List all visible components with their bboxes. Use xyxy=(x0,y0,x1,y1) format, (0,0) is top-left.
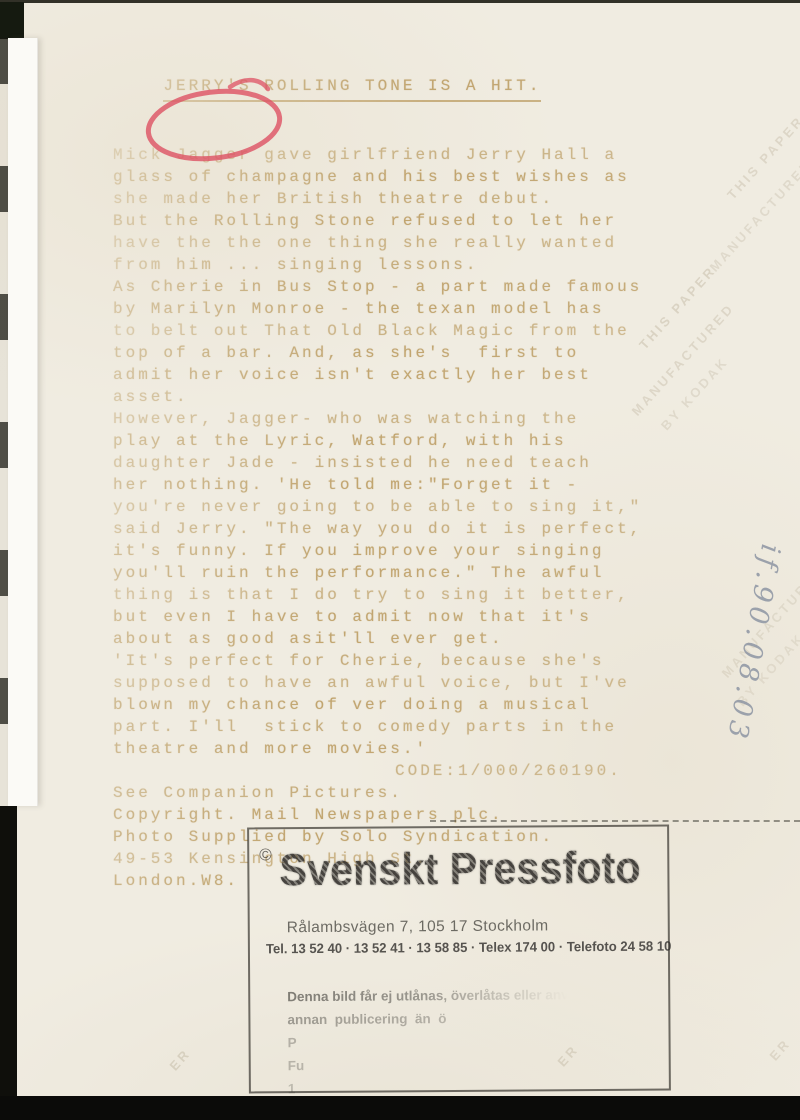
typewritten-text: JERRY'S ROLLING TONE IS A HIT. Mick Jagg… xyxy=(113,56,658,928)
typewritten-line: to belt out That Old Black Magic from th… xyxy=(113,320,658,342)
typewritten-line: but even I have to admit now that it's xyxy=(113,606,658,628)
stamp-restriction-line: Fu xyxy=(288,1052,594,1077)
typewritten-line: she made her British theatre debut. xyxy=(113,188,658,210)
handwritten-reference: if.90.08.03 xyxy=(720,542,786,746)
dashed-rule xyxy=(430,820,800,822)
paper-watermark-text: MANUFACTURED xyxy=(707,156,800,274)
typewritten-lines: Mick Jagger gave girlfriend Jerry Hall a… xyxy=(113,144,658,892)
typewritten-line: supposed to have an awful voice, but I'v… xyxy=(113,672,658,694)
typewritten-line: said Jerry. "The way you do it is perfec… xyxy=(113,518,658,540)
typewritten-line: have the the one thing she really wanted xyxy=(113,232,658,254)
paper-watermark-text: BY KODAK xyxy=(658,354,731,433)
typewritten-line: part. I'll stick to comedy parts in the xyxy=(113,716,658,738)
typewritten-line: However, Jagger- who was watching the xyxy=(113,408,658,430)
stamp-agency-name: Svenskt Pressfoto xyxy=(279,845,641,893)
typewritten-line: from him ... singing lessons. xyxy=(113,254,658,276)
typewritten-line: But the Rolling Stone refused to let her xyxy=(113,210,658,232)
typewritten-line: thing is that I do try to sing it better… xyxy=(113,584,658,606)
typewritten-line: asset. xyxy=(113,386,658,408)
stamp-address: Rålambsvägen 7, 105 17 Stockholm xyxy=(287,917,549,937)
typewritten-line: daughter Jade - insisted he need teach xyxy=(113,452,658,474)
typewritten-footer-line: Copyright. Mail Newspapers plc. xyxy=(113,804,658,826)
photo-left-bottom-edge xyxy=(0,806,17,1120)
paper-watermark-text: ER xyxy=(766,1036,793,1064)
typewritten-line: admit her voice isn't exactly her best xyxy=(113,364,658,386)
typewritten-line: by Marilyn Monroe - the texan model has xyxy=(113,298,658,320)
typewritten-line: about as good asit'll ever get. xyxy=(113,628,658,650)
typewritten-line: As Cherie in Bus Stop - a part made famo… xyxy=(113,276,658,298)
typewritten-line: blown my chance of ver doing a musical xyxy=(113,694,658,716)
photo-top-edge xyxy=(0,0,800,3)
stamp-restrictions: Denna bild får ej utlånas, överlåtas ell… xyxy=(287,983,593,1100)
red-circle-annotation xyxy=(134,76,304,176)
paper-edge-strip xyxy=(8,38,38,806)
typewritten-line: you'll ruin the performance." The awful xyxy=(113,562,658,584)
stamp-restriction-line: annan publicering än ö xyxy=(287,1006,593,1031)
agency-stamp: © Svenskt Pressfoto Rålambsvägen 7, 105 … xyxy=(247,825,671,1094)
photo-corner-shadow xyxy=(0,2,24,39)
typewritten-line: theatre and more movies.' xyxy=(113,738,658,760)
typewritten-line: you're never going to be able to sing it… xyxy=(113,496,658,518)
code-line: CODE:1/000/260190. xyxy=(113,760,658,782)
typewritten-footer-line: See Companion Pictures. xyxy=(113,782,658,804)
paper-watermark-text: THIS PAPER xyxy=(724,113,800,203)
stamp-restriction-line: Denna bild får ej utlånas, överlåtas ell… xyxy=(287,983,593,1008)
typewritten-line: her nothing. 'He told me:"Forget it - xyxy=(113,474,658,496)
typewritten-line: it's funny. If you improve your singing xyxy=(113,540,658,562)
stamp-restriction-line: 1 xyxy=(288,1075,594,1100)
typewritten-line: 'It's perfect for Cherie, because she's xyxy=(113,650,658,672)
stamp-phone-line: Tel. 13 52 40 · 13 52 41 · 13 58 85 · Te… xyxy=(266,939,672,957)
stamp-restriction-line: P xyxy=(287,1029,593,1054)
copyright-symbol-icon: © xyxy=(259,845,272,865)
typewritten-line: play at the Lyric, Watford, with his xyxy=(113,430,658,452)
photo-bottom-edge xyxy=(0,1096,800,1120)
press-photo-caption-sheet: THIS PAPERMANUFACTUREDTHIS PAPERMANUFACT… xyxy=(0,0,800,1120)
typewritten-line: top of a bar. And, as she's first to xyxy=(113,342,658,364)
paper-watermark-text: ER xyxy=(166,1046,193,1074)
